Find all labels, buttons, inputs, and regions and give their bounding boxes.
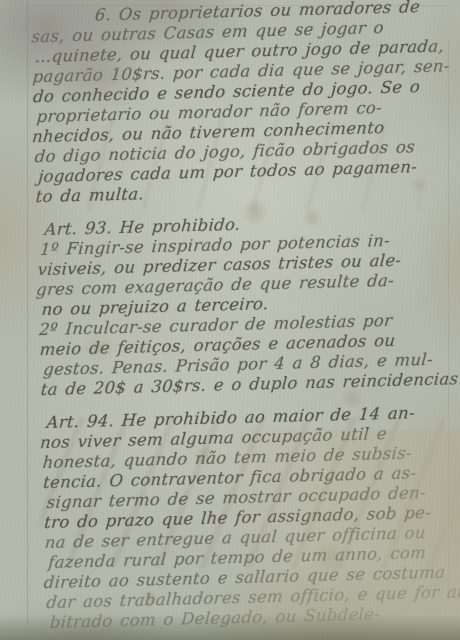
manuscript-photo: 6. Os proprietarios ou moradores desas, … — [0, 0, 460, 640]
manuscript-text-block: 6. Os proprietarios ou moradores desas, … — [0, 0, 460, 634]
